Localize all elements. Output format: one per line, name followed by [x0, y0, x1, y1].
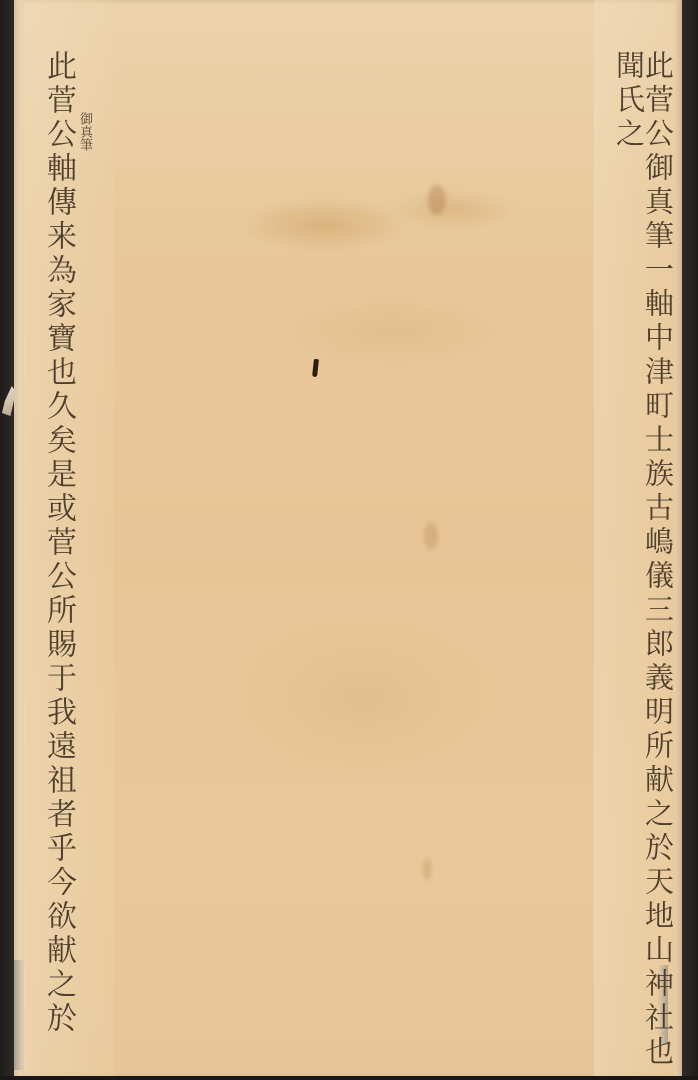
paper-stain — [428, 185, 446, 215]
bottom-frame-edge — [0, 1076, 698, 1080]
paper-stain — [422, 858, 432, 880]
hanging-scroll-paper — [14, 0, 682, 1078]
left-column-annotation: 御真筆 — [78, 112, 91, 151]
left-edge-wear — [14, 960, 24, 1070]
left-inscription-column: 此菅公軸傳来為家寶也久矣是或菅公所賜于我遠祖者乎今欲献之於 — [43, 50, 73, 1036]
paper-stain — [424, 522, 438, 550]
right-inscription-column: 此菅公御真筆一軸中津町士族古嶋儀三郎義明所献之於天地山神社也聞氏之 — [614, 50, 672, 1080]
